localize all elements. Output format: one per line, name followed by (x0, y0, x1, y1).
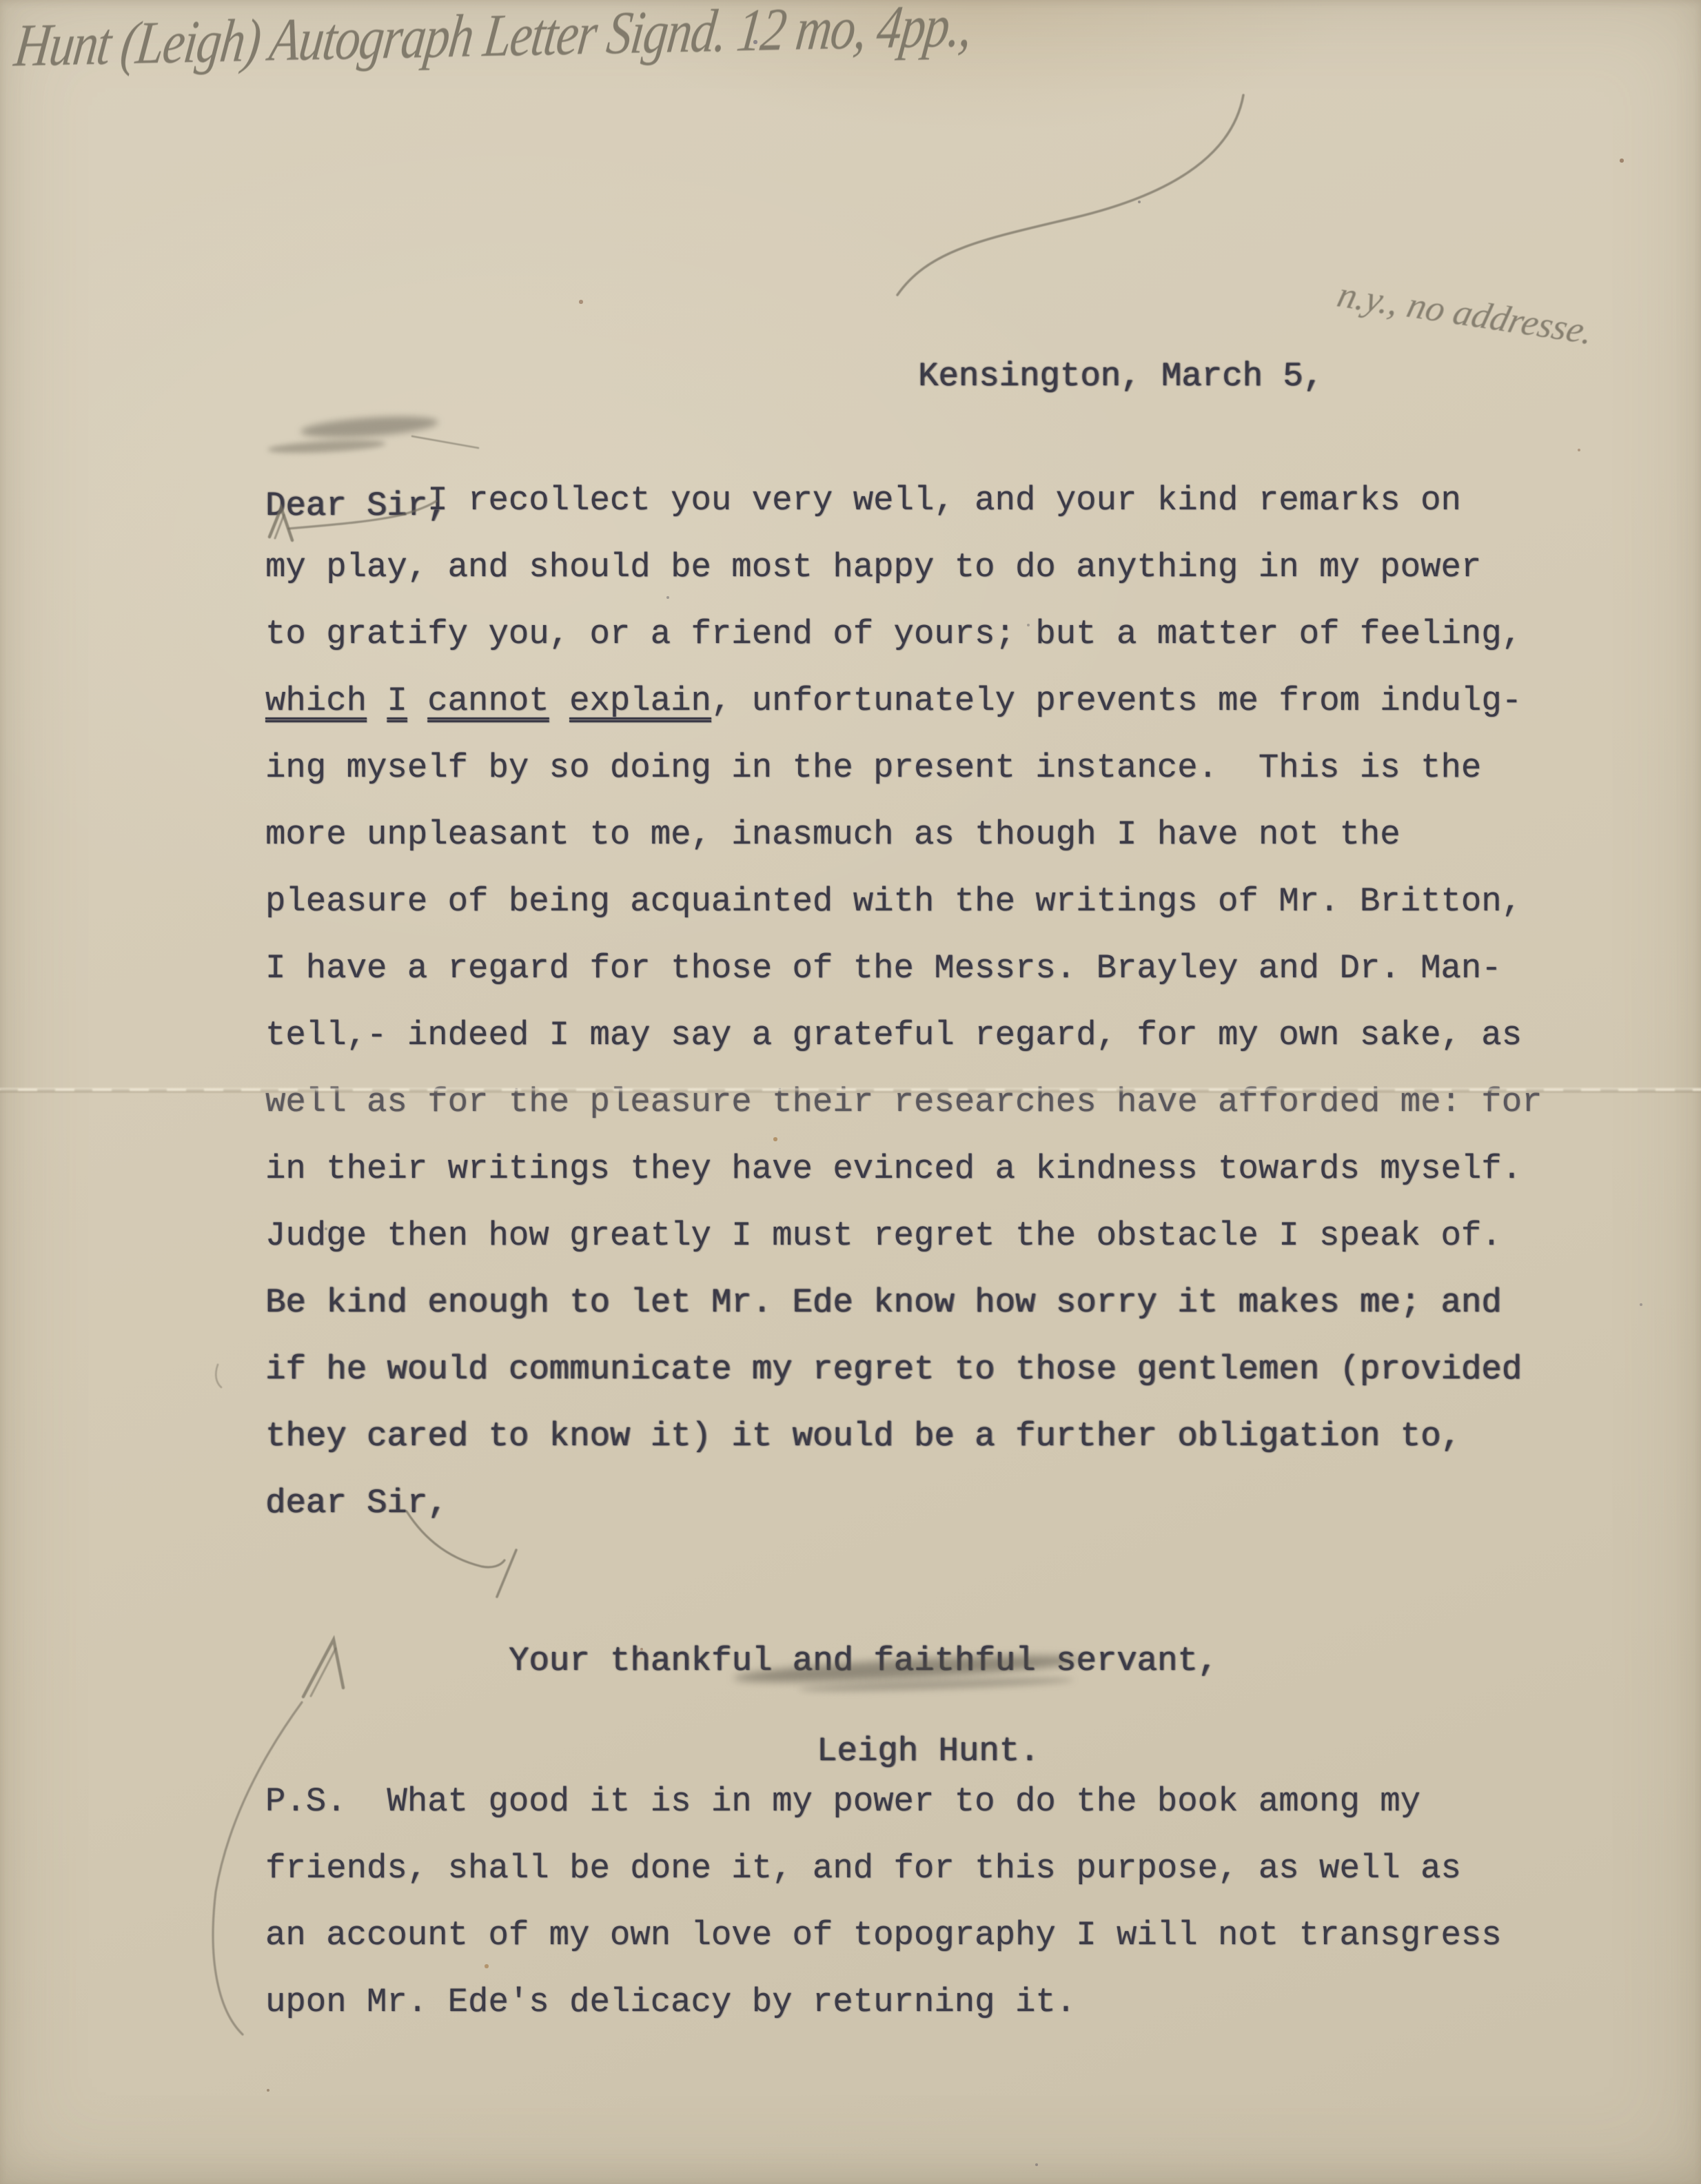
left-edge-dash-stroke (216, 1365, 221, 1387)
closing-y-slash-stroke (497, 1550, 516, 1597)
salutation-tail-stroke (412, 436, 478, 448)
intro-swoosh-stroke (289, 501, 436, 529)
pencil-marks-overlay (0, 0, 1701, 2184)
letter-document: Hunt (Leigh) Autograph Letter Signd. 12 … (0, 0, 1701, 2184)
top-note-flourish-stroke (897, 95, 1243, 295)
signature-caret-mark (303, 1640, 343, 1697)
closing-swoosh-stroke (407, 1511, 505, 1567)
ps-margin-curve-stroke (213, 1702, 302, 2034)
